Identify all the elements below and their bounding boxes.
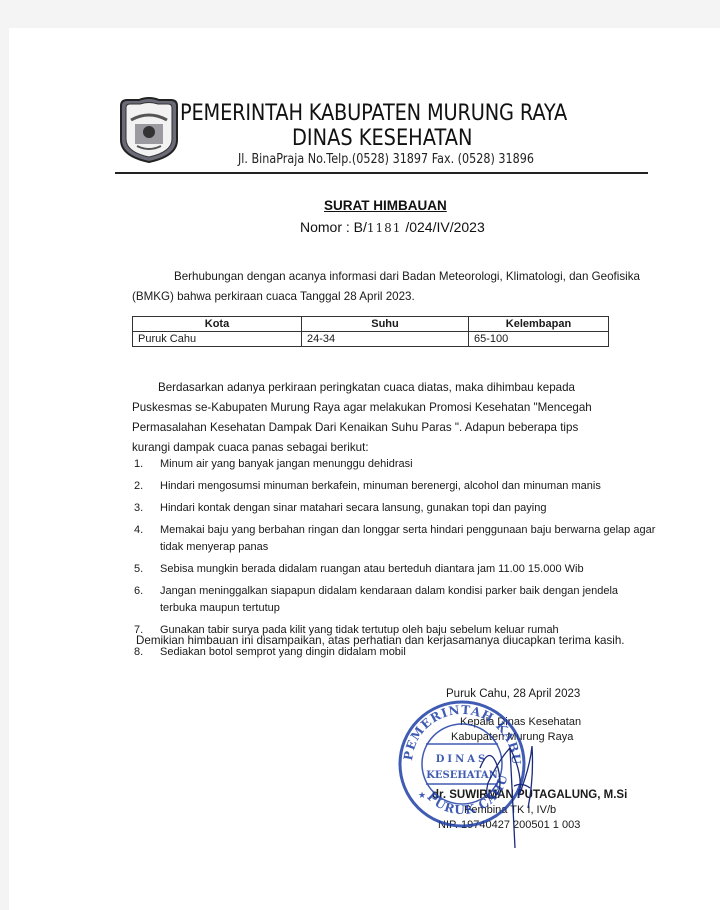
letter-title: SURAT HIMBAUAN	[324, 198, 447, 213]
letter-number-suffix: /024/IV/2023	[401, 219, 484, 235]
list-item: 2.Hindari mengosumsi minuman berkafein, …	[132, 478, 692, 495]
letter-number: Nomor : B/1181 /024/IV/2023	[300, 219, 485, 235]
letterhead-institution: PEMERINTAH KABUPATEN MURUNG RAYA	[180, 100, 567, 126]
letterhead-address: Jl. BinaPraja No.Telp.(0528) 31897 Fax. …	[238, 152, 534, 167]
regency-coat-of-arms-icon	[117, 96, 181, 164]
list-item: 4.Memakai baju yang berbahan ringan dan …	[132, 522, 660, 556]
intro-line-2: (BMKG) bahwa perkiraan cuaca Tanggal 28 …	[132, 290, 415, 303]
intro-line-1: Berhubungan dengan acanya informasi dari…	[174, 270, 640, 283]
cell-kelembapan: 65-100	[469, 332, 609, 347]
letterhead-divider	[115, 172, 648, 174]
letterhead-department: DINAS KESEHATAN	[292, 125, 472, 151]
cell-suhu: 24-34	[302, 332, 469, 347]
list-item: 5.Sebisa mungkin berada didalam ruangan …	[132, 561, 692, 578]
paragraph-recommendation-text: Berdasarkan adanya perkiraan peringkatan…	[132, 381, 592, 454]
table-row: Puruk Cahu 24-34 65-100	[133, 332, 609, 347]
list-item: 1.Minum air yang banyak jangan menunggu …	[132, 456, 692, 473]
weather-table: Kota Suhu Kelembapan Puruk Cahu 24-34 65…	[132, 316, 609, 347]
list-item: 6.Jangan meninggalkan siapapun didalam k…	[132, 583, 630, 617]
col-header-kota: Kota	[133, 317, 302, 332]
closing-statement: Demikian himbauan ini disampaikan, atas …	[136, 634, 625, 647]
paragraph-recommendation: Berdasarkan adanya perkiraan peringkatan…	[132, 378, 612, 458]
col-header-suhu: Suhu	[302, 317, 469, 332]
cell-kota: Puruk Cahu	[133, 332, 302, 347]
letter-number-prefix: Nomor : B/	[300, 219, 367, 235]
table-header-row: Kota Suhu Kelembapan	[133, 317, 609, 332]
handwritten-signature	[470, 738, 550, 858]
letter-number-handwritten: 1181	[367, 221, 402, 235]
list-item: 3.Hindari kontak dengan sinar matahari s…	[132, 500, 692, 517]
col-header-kelembapan: Kelembapan	[469, 317, 609, 332]
svg-text:★: ★	[418, 790, 426, 800]
